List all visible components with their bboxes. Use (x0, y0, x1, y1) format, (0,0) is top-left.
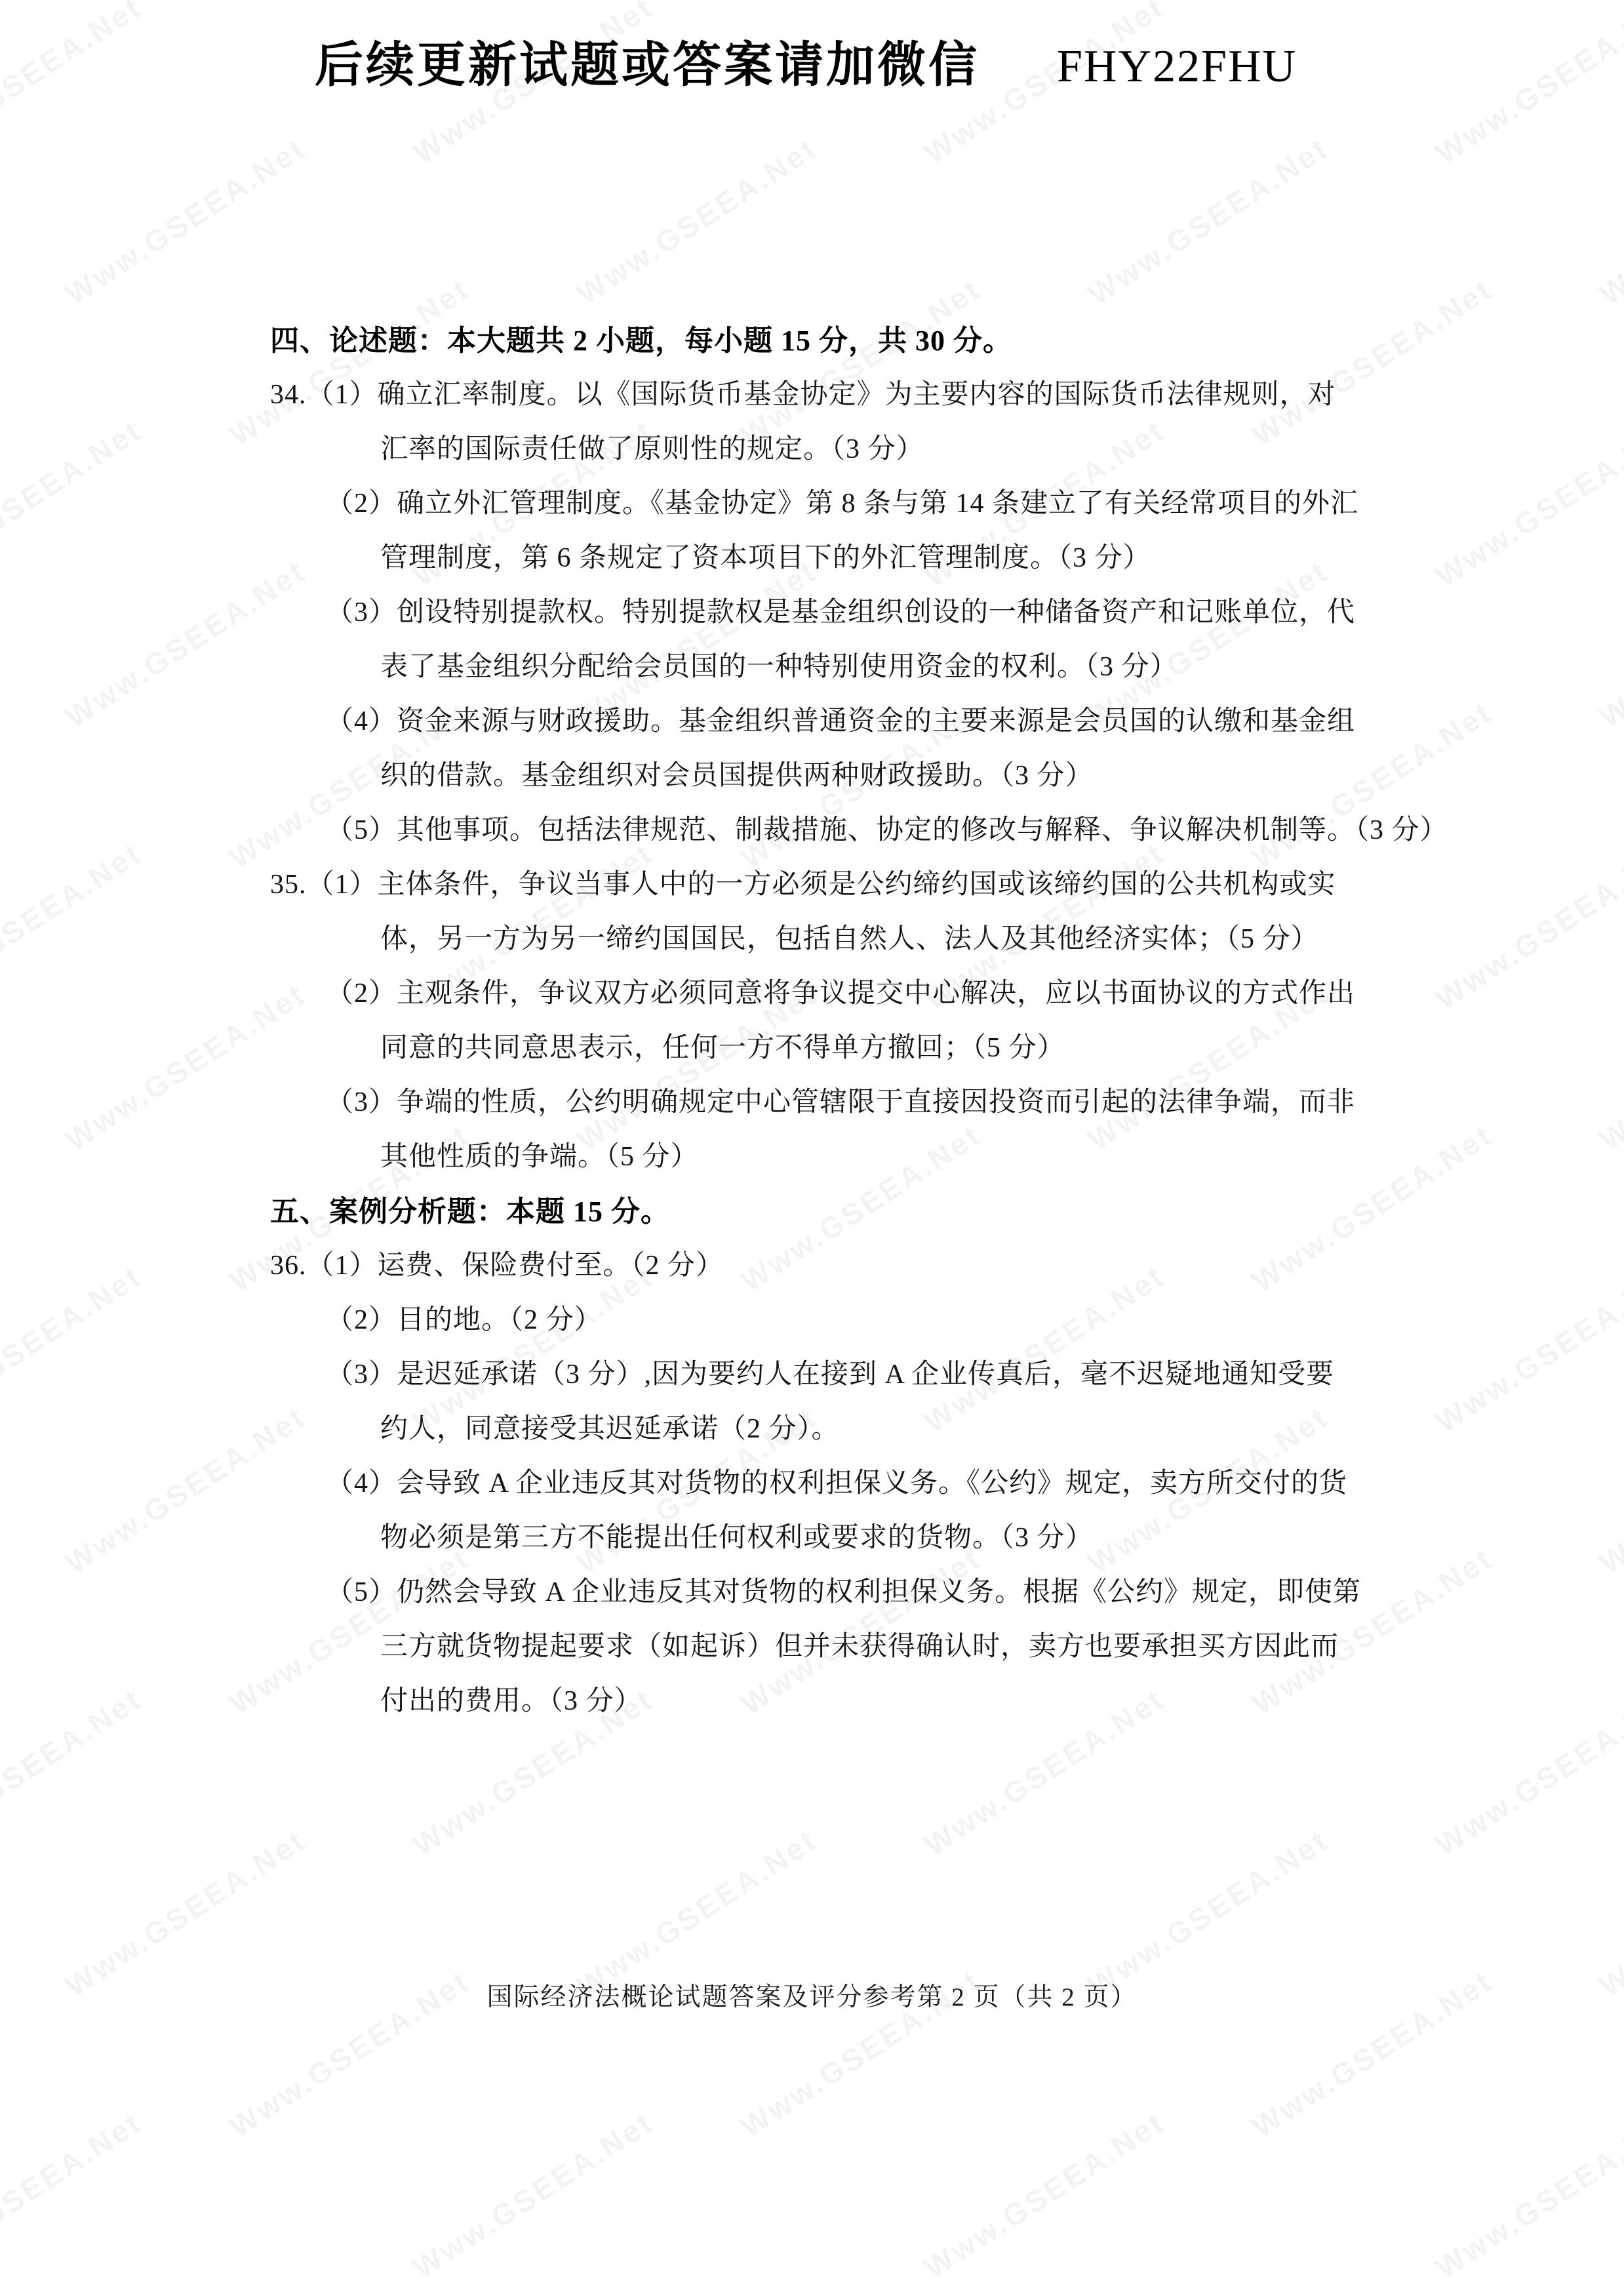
document-line: （2）目的地。（2 分） (270, 1293, 1378, 1348)
page-footer: 国际经济法概论试题答案及评分参考第 2 页（共 2 页） (0, 1977, 1624, 2013)
document-body: 四、论述题：本大题共 2 小题，每小题 15 分，共 30 分。34.（1）确立… (270, 313, 1378, 1729)
wechat-notice-text: 后续更新试题或答案请加微信 (315, 26, 980, 96)
document-line: 35.（1）主体条件，争议当事人中的一方必须是公约缔约国或该缔约国的公共机构或实 (270, 858, 1378, 912)
document-line: 表了基金组织分配给会员国的一种特别使用资金的权利。（3 分） (270, 640, 1378, 694)
document-line: （5）仍然会导致 A 企业违反其对货物的权利担保义务。根据《公约》规定，即使第 (270, 1565, 1378, 1620)
document-line: 五、案例分析题：本题 15 分。 (270, 1184, 1378, 1239)
wechat-code: FHY22FHU (1057, 41, 1297, 93)
document-line: 34.（1）确立汇率制度。以《国际货币基金协定》为主要内容的国际货币法律规则，对 (270, 368, 1378, 422)
document-line: 体，另一方为另一缔约国国民，包括自然人、法人及其他经济实体；（5 分） (270, 912, 1378, 967)
watermark-text: Www.GSEEA.Net (0, 1258, 148, 1439)
page-header: 后续更新试题或答案请加微信 FHY22FHU (315, 26, 1297, 96)
document-line: 管理制度，第 6 条规定了资本项目下的外汇管理制度。（3 分） (270, 531, 1378, 586)
watermark-text: Www.GSEEA.Net (1593, 976, 1624, 1157)
document-line: （3）创设特别提款权。特别提款权是基金组织创设的一种储备资产和记账单位，代 (270, 586, 1378, 640)
watermark-text: Www.GSEEA.Net (1429, 1681, 1624, 1862)
watermark-text: Www.GSEEA.Net (1593, 553, 1624, 734)
watermark-text: Www.GSEEA.Net (0, 835, 148, 1016)
document-line: （4）会导致 A 企业违反其对货物的权利担保义务。《公约》规定，卖方所交付的货 (270, 1457, 1378, 1511)
watermark-text: Www.GSEEA.Net (0, 2104, 148, 2285)
watermark-text: Www.GSEEA.Net (570, 130, 824, 312)
watermark-text: Www.GSEEA.Net (1429, 835, 1624, 1016)
document-line: 36.（1）运费、保险费付至。（2 分） (270, 1239, 1378, 1293)
document-line: 三方就货物提起要求（如起诉）但并未获得确认时，卖方也要承担买方因此而 (270, 1620, 1378, 1674)
document-line: （2）确立外汇管理制度。《基金协定》第 8 条与第 14 条建立了有关经常项目的… (270, 477, 1378, 531)
document-line: 物必须是第三方不能提出任何权利或要求的货物。（3 分） (270, 1511, 1378, 1565)
document-line: 其他性质的争端。（5 分） (270, 1130, 1378, 1184)
document-line: （4）资金来源与财政援助。基金组织普通资金的主要来源是会员国的认缴和基金组 (270, 694, 1378, 749)
watermark-text: Www.GSEEA.Net (0, 0, 148, 171)
watermark-text: Www.GSEEA.Net (1082, 130, 1336, 312)
watermark-text: Www.GSEEA.Net (1429, 0, 1624, 171)
watermark-text: Www.GSEEA.Net (0, 1681, 148, 1862)
watermark-text: Www.GSEEA.Net (406, 2104, 660, 2285)
scanned-document-page: Www.GSEEA.NetWww.GSEEA.NetWww.GSEEA.NetW… (0, 0, 1624, 2292)
footer-page-label: 国际经济法概论试题答案及评分参考第 2 页（共 2 页） (486, 1983, 1137, 2011)
watermark-text: Www.GSEEA.Net (1429, 1258, 1624, 1439)
watermark-text: Www.GSEEA.Net (1593, 130, 1624, 312)
document-line: 约人，同意接受其迟延承诺（2 分）。 (270, 1402, 1378, 1457)
document-line: 付出的费用。（3 分） (270, 1674, 1378, 1729)
document-line: （2）主观条件，争议双方必须同意将争议提交中心解决，应以书面协议的方式作出 (270, 967, 1378, 1021)
document-line: 汇率的国际责任做了原则性的规定。（3 分） (270, 422, 1378, 477)
document-line: 四、论述题：本大题共 2 小题，每小题 15 分，共 30 分。 (270, 313, 1378, 368)
document-line: （5）其他事项。包括法律规范、制裁措施、协定的修改与解释、争议解决机制等。（3 … (270, 803, 1378, 858)
document-line: 同意的共同意思表示，任何一方不得单方撤回；（5 分） (270, 1021, 1378, 1076)
watermark-text: Www.GSEEA.Net (918, 2104, 1172, 2285)
watermark-text: Www.GSEEA.Net (1429, 2104, 1624, 2285)
watermark-text: Www.GSEEA.Net (1593, 1399, 1624, 1580)
document-line: 织的借款。基金组织对会员国提供两种财政援助。（3 分） (270, 749, 1378, 803)
document-line: （3）是迟延承诺（3 分）,因为要约人在接到 A 企业传真后，毫不迟疑地通知受要 (270, 1348, 1378, 1402)
watermark-text: Www.GSEEA.Net (0, 412, 148, 593)
watermark-text: Www.GSEEA.Net (1429, 412, 1624, 593)
document-line: （3）争端的性质，公约明确规定中心管辖限于直接因投资而引起的法律争端，而非 (270, 1076, 1378, 1130)
watermark-text: Www.GSEEA.Net (59, 130, 313, 312)
